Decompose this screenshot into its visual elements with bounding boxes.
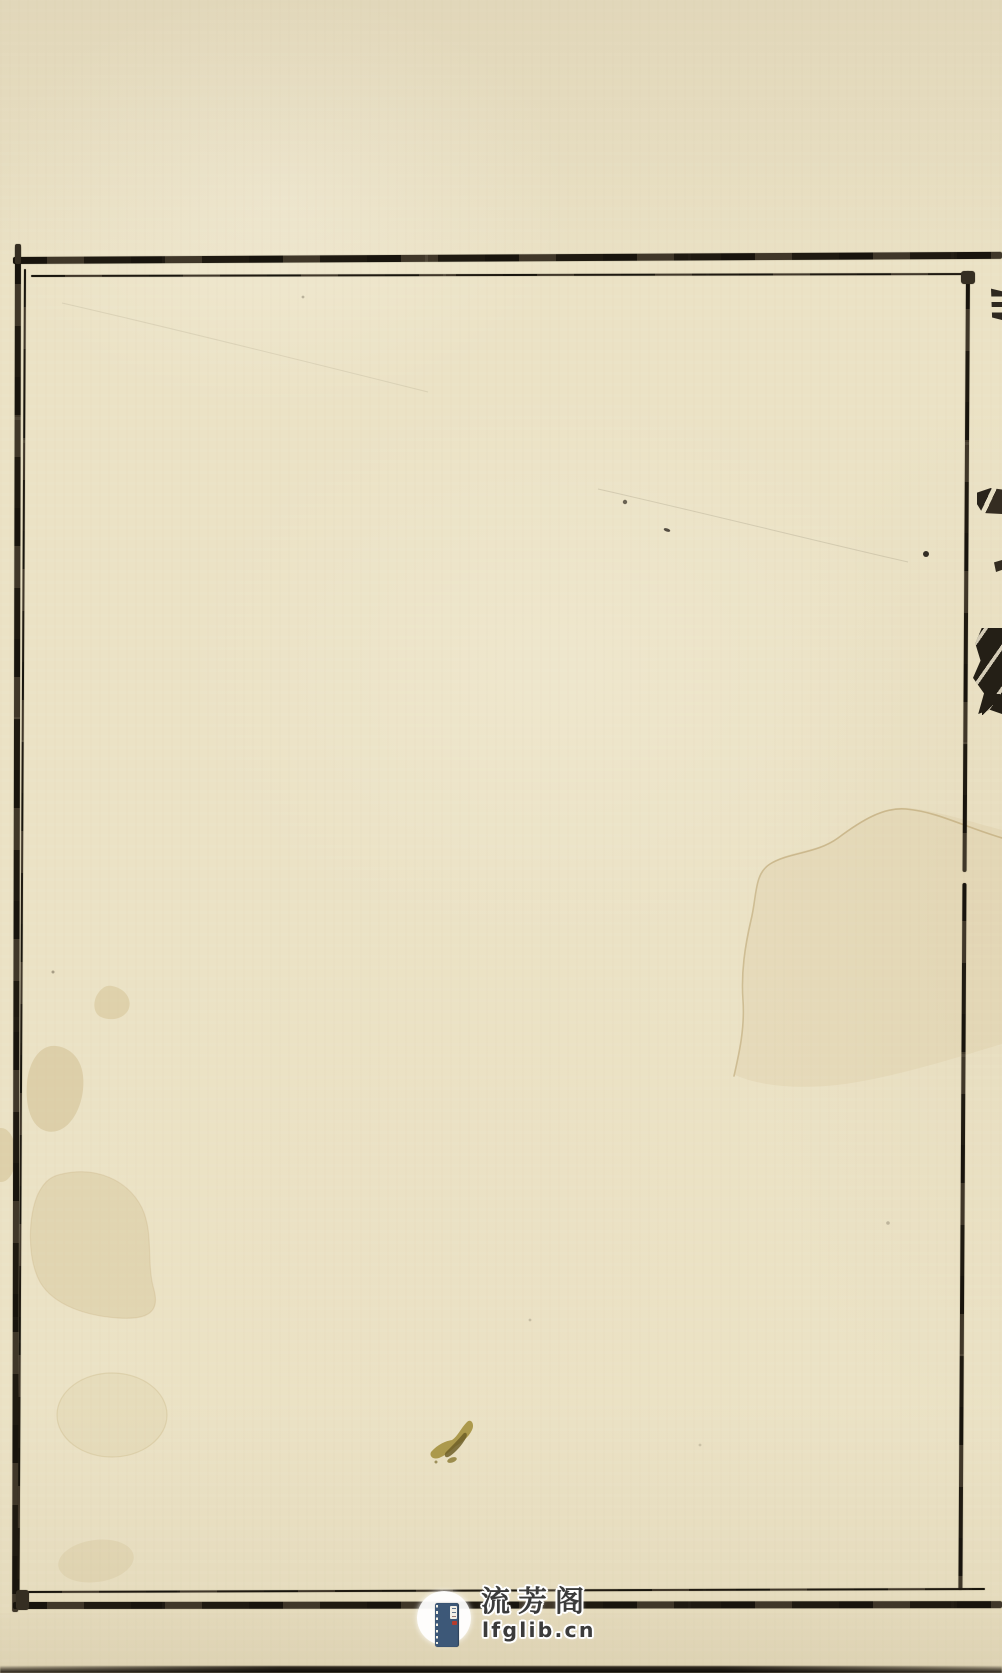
book-red-seal <box>452 1621 457 1626</box>
book-binding-stitches <box>436 1605 438 1644</box>
print-fragment-top <box>991 288 1002 320</box>
book-title-label <box>450 1606 457 1620</box>
paper-tone-mottling <box>0 0 1002 1673</box>
book-cover <box>435 1603 460 1647</box>
book-logo-icon <box>417 1591 471 1645</box>
stain-overlay <box>0 0 1002 1673</box>
scan-bottom-edge <box>0 1666 1002 1673</box>
ink-specks <box>52 296 930 1447</box>
print-fragment-upper <box>977 488 1002 514</box>
scanned-page: 流芳阁 lfglib.cn <box>0 0 1002 1673</box>
top-margin-shading <box>0 0 1002 250</box>
scratch-marks <box>62 303 908 562</box>
watermark-url: lfglib.cn <box>482 1620 596 1640</box>
frame-corner-top-left <box>15 244 21 264</box>
frame-border-top-outer <box>13 252 1002 264</box>
lfglib-watermark: 流芳阁 lfglib.cn <box>417 1583 617 1653</box>
print-fragment-small <box>994 560 1002 572</box>
moth-shaped-stain <box>430 1421 473 1464</box>
frame-border-right <box>958 271 970 1590</box>
print-fragment-large <box>973 628 1002 714</box>
stain-corner-smudge <box>55 1535 136 1587</box>
frame-corner-bottom-left <box>16 1590 29 1610</box>
frame-border-right-upper-segment <box>963 271 970 872</box>
frame-border-top-inner <box>31 273 969 277</box>
paper-grain-texture <box>0 0 1002 1673</box>
frame-corner-top-right <box>961 271 975 284</box>
stain-blob-small <box>94 986 129 1019</box>
frame-border-right-lower-segment <box>958 883 966 1590</box>
stain-ring-bottom-left <box>57 1373 167 1457</box>
stain-blob-medium <box>27 1046 84 1132</box>
stain-bottom-left-large <box>30 1172 155 1319</box>
print-fragment-tail <box>982 694 1000 715</box>
watermark-title: 流芳阁 <box>481 1587 592 1616</box>
